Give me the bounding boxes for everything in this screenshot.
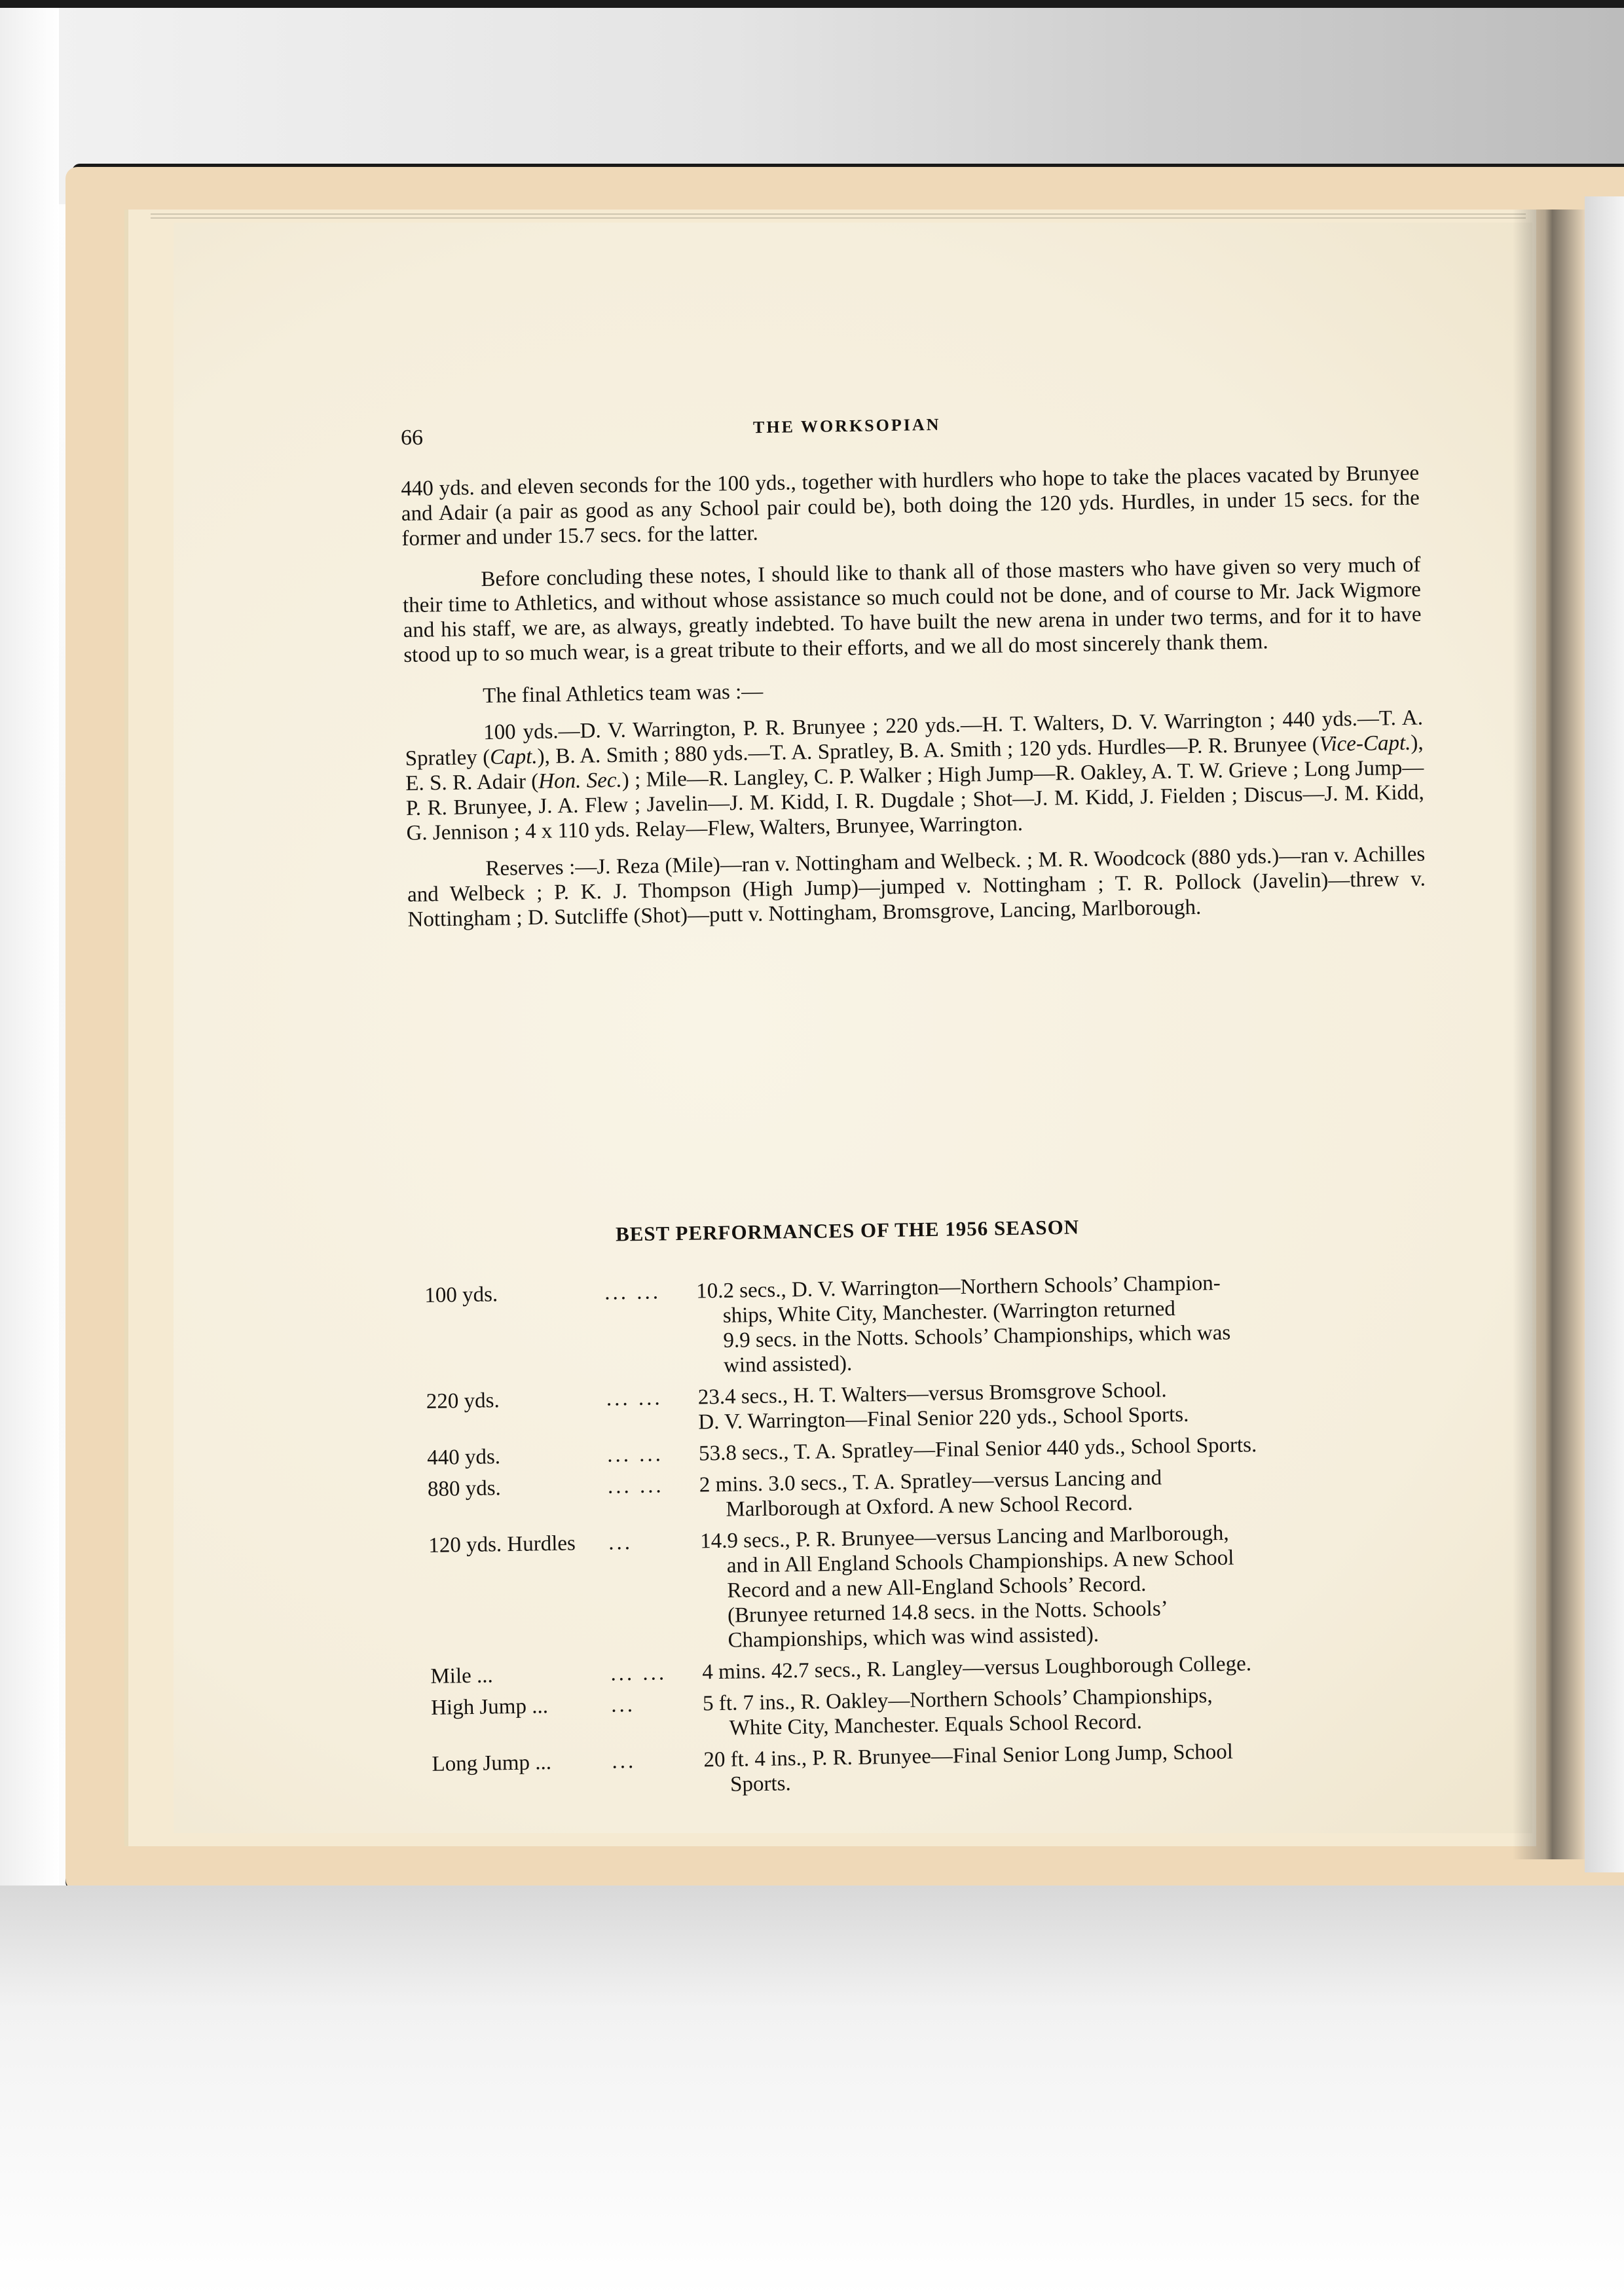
running-head: THE WORKSOPIAN bbox=[753, 415, 941, 437]
leader-dots: ... ... bbox=[607, 1441, 699, 1467]
paragraph-reserves: Reserves :—J. Reza (Mile)—ran v. Notting… bbox=[407, 842, 1426, 932]
event-result: 14.9 secs., P. R. Brunyee—versus Lancing… bbox=[700, 1518, 1429, 1653]
leader-dots: ... ... bbox=[604, 1279, 697, 1379]
result-line: 53.8 secs., T. A. Spratley—Final Senior … bbox=[699, 1430, 1426, 1466]
performance-row: Long Jump ... ... 20 ft. 4 ins., P. R. B… bbox=[432, 1736, 1431, 1802]
event-name: 440 yds. bbox=[427, 1443, 608, 1470]
result-line: 4 mins. 42.7 secs., R. Langley—versus Lo… bbox=[702, 1649, 1429, 1685]
event-name: 220 yds. bbox=[426, 1387, 607, 1439]
leader-dots: ... bbox=[608, 1529, 702, 1654]
paragraph-team-intro: The final Athletics team was :— bbox=[404, 669, 1422, 710]
leader-dots: ... ... bbox=[610, 1660, 703, 1686]
event-name: 120 yds. Hurdles bbox=[428, 1531, 610, 1658]
event-result: 20 ft. 4 ins., P. R. Brunyee—Final Senio… bbox=[703, 1736, 1431, 1797]
performances-table: 100 yds. ... ... 10.2 secs., D. V. Warri… bbox=[424, 1267, 1431, 1808]
event-name: 100 yds. bbox=[424, 1281, 606, 1383]
event-result: 5 ft. 7 ins., R. Oakley—Northern Schools… bbox=[703, 1680, 1430, 1741]
paragraph-acknowledgements: Before concluding these notes, I should … bbox=[402, 553, 1422, 668]
section-title: BEST PERFORMANCES OF THE 1956 SEASON bbox=[616, 1215, 1080, 1246]
performance-row: High Jump ... ... 5 ft. 7 ins., R. Oakle… bbox=[431, 1680, 1430, 1745]
event-result: 2 mins. 3.0 secs., T. A. Spratley—versus… bbox=[699, 1461, 1427, 1522]
event-name: Mile ... bbox=[430, 1662, 611, 1689]
event-result: 23.4 secs., H. T. Walters—versus Bromsgr… bbox=[697, 1374, 1425, 1434]
event-result: 4 mins. 42.7 secs., R. Langley—versus Lo… bbox=[702, 1649, 1429, 1685]
body-text: 440 yds. and eleven seconds for the 100 … bbox=[401, 461, 1426, 949]
event-name: Long Jump ... bbox=[432, 1749, 612, 1802]
event-result: 10.2 secs., D. V. Warrington—Northern Sc… bbox=[696, 1267, 1424, 1378]
vice-captain-label: Vice-Capt. bbox=[1319, 731, 1411, 756]
leader-dots: ... bbox=[612, 1747, 704, 1798]
page-text: 66 THE WORKSOPIAN 440 yds. and eleven se… bbox=[0, 0, 1624, 2296]
performance-row: 880 yds. ... ... 2 mins. 3.0 secs., T. A… bbox=[428, 1461, 1427, 1527]
performance-row: 100 yds. ... ... 10.2 secs., D. V. Warri… bbox=[424, 1267, 1424, 1383]
leader-dots: ... bbox=[611, 1691, 703, 1742]
event-name: High Jump ... bbox=[431, 1693, 612, 1745]
hon-sec-label: Hon. Sec. bbox=[538, 769, 622, 793]
paragraph-team-list: 100 yds.—D. V. Warrington, P. R. Brunyee… bbox=[405, 706, 1425, 846]
page-number: 66 bbox=[401, 426, 423, 450]
event-result: 53.8 secs., T. A. Spratley—Final Senior … bbox=[699, 1430, 1426, 1466]
leader-dots: ... ... bbox=[606, 1385, 699, 1436]
paragraph-continuation: 440 yds. and eleven seconds for the 100 … bbox=[401, 461, 1420, 551]
leader-dots: ... ... bbox=[608, 1472, 700, 1523]
event-name: 880 yds. bbox=[428, 1474, 608, 1527]
performance-row: 220 yds. ... ... 23.4 secs., H. T. Walte… bbox=[426, 1374, 1426, 1439]
captain-label: Capt. bbox=[490, 745, 538, 769]
performance-row: 120 yds. Hurdles ... 14.9 secs., P. R. B… bbox=[428, 1518, 1429, 1658]
